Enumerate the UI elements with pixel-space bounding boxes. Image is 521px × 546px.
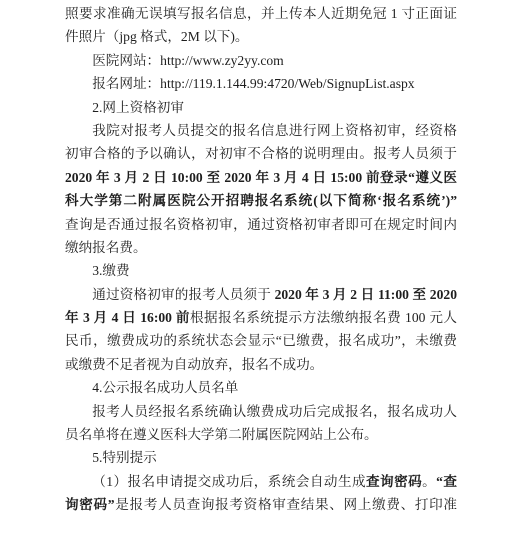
- line-payment-1: 通过资格初审的报考人员须于 2020 年 3 月 2 日 11:00 至 202…: [65, 283, 457, 306]
- text-segment: 是报考人员查询报考资格审查结果、网上缴费、打印准: [115, 497, 457, 512]
- bold-text-segment: 2020 年 3 月 2 日 11:00 至 2020: [275, 287, 457, 302]
- document-lines-container: 照要求准确无误填写报名信息，并上传本人近期免冠 1 寸正面证件照片（jpg 格式…: [65, 2, 457, 517]
- line-publicity-1: 报考人员经报名系统确认缴费成功后完成报名，报名成功人: [65, 400, 457, 423]
- text-segment: 缴纳报名费。: [65, 240, 147, 255]
- text-segment: 报名网址：: [92, 76, 160, 91]
- line-review-4: 科大学第二附属医院公开招聘报名系统(以下简称‘报名系统’)”: [65, 189, 457, 212]
- line-payment-4: 或缴费不足者视为自动放弃，报名不成功。: [65, 353, 457, 376]
- section-3-heading: 3.缴费: [65, 259, 457, 282]
- line-notice-1: （1）报名申请提交成功后，系统会自动生成查询密码。“查: [65, 470, 457, 493]
- text-segment: 3.缴费: [92, 263, 129, 278]
- line-review-3: 2020 年 3 月 2 日 10:00 至 2020 年 3 月 4 日 15…: [65, 166, 457, 189]
- text-segment: 员名单将在遵义医科大学第二附属医院网站上公布。: [65, 427, 378, 442]
- line-payment-3: 民币，缴费成功的系统状态会显示“已缴费，报名成功”，未缴费: [65, 329, 457, 352]
- section-2-heading: 2.网上资格初审: [65, 96, 457, 119]
- line-payment-2: 年 3 月 4 日 16:00 前根据报名系统提示方法缴纳报名费 100 元人: [65, 306, 457, 329]
- line-notice-2: 询密码”是报考人员查询报考资格审查结果、网上缴费、打印准: [65, 493, 457, 516]
- text-segment: 件照片（jpg 格式，2M 以下)。: [65, 29, 249, 44]
- text-segment: 2.网上资格初审: [92, 100, 184, 115]
- text-segment: 。: [422, 474, 436, 489]
- bold-text-segment: 科大学第二附属医院公开招聘报名系统(以下简称‘报名系统’)”: [65, 193, 457, 208]
- bold-text-segment: “查: [436, 474, 457, 489]
- text-segment: 根据报名系统提示方法缴纳报名费 100 元人: [190, 310, 457, 325]
- text-segment: 查询是否通过报名资格初审，通过资格初审者即可在规定时间内: [65, 217, 457, 232]
- text-segment: 民币，缴费成功的系统状态会显示“已缴费，报名成功”，未缴费: [65, 333, 457, 348]
- line-review-6: 缴纳报名费。: [65, 236, 457, 259]
- text-segment: 照要求准确无误填写报名信息，并上传本人近期免冠 1 寸正面证: [65, 6, 457, 21]
- bold-text-segment: 询密码”: [65, 497, 115, 512]
- text-segment: 4.公示报名成功人员名单: [92, 380, 238, 395]
- bold-text-segment: 年 3 月 4 日 16:00 前: [65, 310, 190, 325]
- document-page: 照要求准确无误填写报名信息，并上传本人近期免冠 1 寸正面证件照片（jpg 格式…: [0, 0, 521, 546]
- bold-text-segment: 2020 年 3 月 2 日 10:00 至 2020 年 3 月 4 日 15…: [65, 170, 457, 185]
- line-review-5: 查询是否通过报名资格初审，通过资格初审者即可在规定时间内: [65, 213, 457, 236]
- bold-text-segment: 查询密码: [366, 474, 422, 489]
- line-hospital-website: 医院网站：http://www.zy2yy.com: [65, 49, 457, 72]
- section-4-heading: 4.公示报名成功人员名单: [65, 376, 457, 399]
- text-segment: 或缴费不足者视为自动放弃，报名不成功。: [65, 357, 323, 372]
- text-segment: 医院网站：: [92, 53, 160, 68]
- text-segment: http://www.zy2yy.com: [160, 53, 284, 68]
- line-review-2: 初审合格的予以确认，对初审不合格的说明理由。报考人员须于: [65, 142, 457, 165]
- text-segment: 报考人员经报名系统确认缴费成功后完成报名，报名成功人: [92, 404, 457, 419]
- line-signup-url: 报名网址：http://119.1.144.99:4720/Web/Signup…: [65, 72, 457, 95]
- text-segment: （1）报名申请提交成功后，系统会自动生成: [92, 474, 366, 489]
- text-segment: 初审合格的予以确认，对初审不合格的说明理由。报考人员须于: [65, 146, 457, 161]
- line-photo-requirement-2: 件照片（jpg 格式，2M 以下)。: [65, 25, 457, 48]
- text-segment: 5.特别提示: [92, 450, 157, 465]
- section-5-heading: 5.特别提示: [65, 446, 457, 469]
- line-publicity-2: 员名单将在遵义医科大学第二附属医院网站上公布。: [65, 423, 457, 446]
- text-segment: 我院对报考人员提交的报名信息进行网上资格初审，经资格: [92, 123, 457, 138]
- text-segment: 通过资格初审的报考人员须于: [92, 287, 274, 302]
- text-segment: http://119.1.144.99:4720/Web/SignupList.…: [160, 76, 414, 91]
- line-photo-requirement-1: 照要求准确无误填写报名信息，并上传本人近期免冠 1 寸正面证: [65, 2, 457, 25]
- line-review-1: 我院对报考人员提交的报名信息进行网上资格初审，经资格: [65, 119, 457, 142]
